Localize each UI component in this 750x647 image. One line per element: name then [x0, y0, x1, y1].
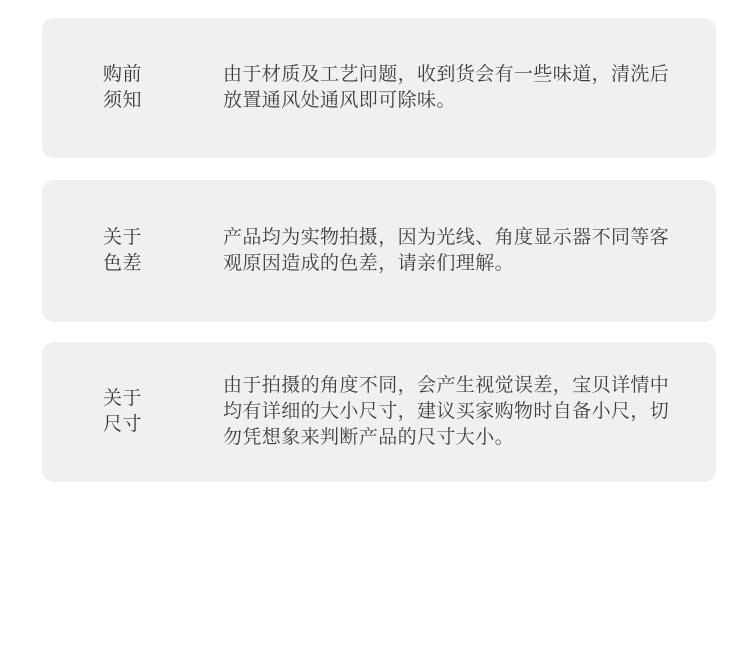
notice-card-text: 由于材质及工艺问题，收到货会有一些味道，清洗后 放置通风处通风即可除味。	[223, 62, 671, 114]
notice-card-purchase: 购前 须知 由于材质及工艺问题，收到货会有一些味道，清洗后 放置通风处通风即可除…	[42, 18, 716, 158]
notice-card-title: 关于 尺寸	[103, 386, 223, 438]
product-detail-notice-page: { "page": { "background": "#ffffff", "ca…	[0, 0, 750, 647]
notice-card-text: 由于拍摄的角度不同，会产生视觉误差，宝贝详情中 均有详细的大小尺寸，建议买家购物…	[223, 373, 671, 451]
notice-card-color-difference: 关于 色差 产品均为实物拍摄，因为光线、角度显示器不同等客 观原因造成的色差，请…	[42, 180, 716, 322]
notice-card-title: 关于 色差	[103, 225, 223, 277]
notice-card-title: 购前 须知	[103, 62, 223, 114]
notice-card-text: 产品均为实物拍摄，因为光线、角度显示器不同等客 观原因造成的色差，请亲们理解。	[223, 225, 671, 277]
notice-card-size: 关于 尺寸 由于拍摄的角度不同，会产生视觉误差，宝贝详情中 均有详细的大小尺寸，…	[42, 342, 716, 482]
